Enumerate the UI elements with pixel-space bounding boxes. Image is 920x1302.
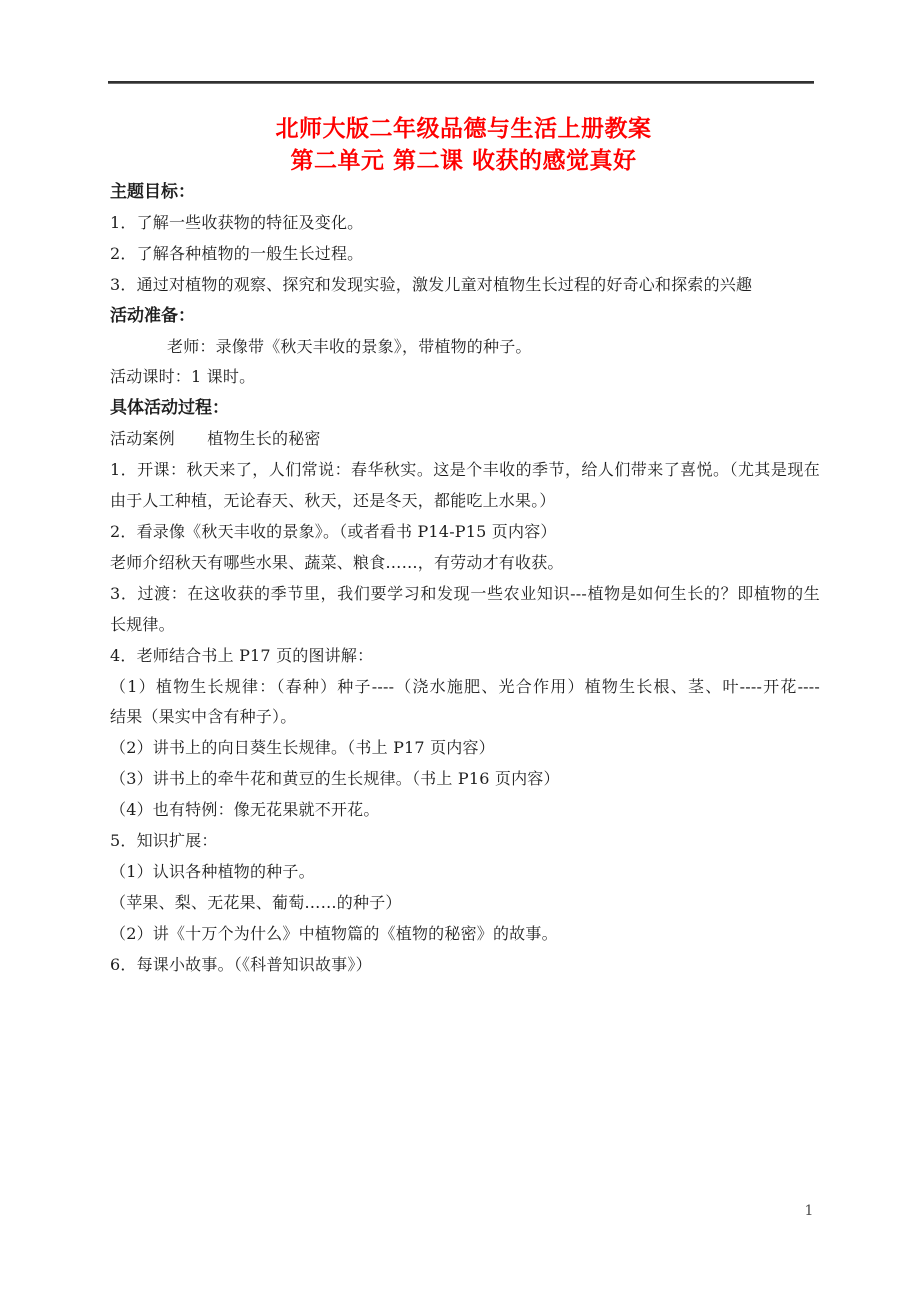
text-line: 3．过渡：在这收获的季节里，我们要学习和发现一些农业知识---植物是如何生长的？…	[110, 579, 820, 610]
section-heading: 具体活动过程：	[110, 393, 820, 424]
text-line: 4．老师结合书上 P17 页的图讲解：	[110, 641, 820, 672]
document-body: 主题目标：1．了解一些收获物的特征及变化。2．了解各种植物的一般生长过程。3．通…	[110, 177, 820, 981]
section-heading: 主题目标：	[110, 177, 820, 208]
text-line: （2）讲《十万个为什么》中植物篇的《植物的秘密》的故事。	[110, 919, 820, 950]
text-line: 5．知识扩展：	[110, 826, 820, 857]
section-heading: 活动准备：	[110, 301, 820, 332]
text-line: （1）认识各种植物的种子。	[110, 857, 820, 888]
text-line: 2．了解各种植物的一般生长过程。	[110, 239, 820, 270]
header-rule	[108, 81, 814, 84]
page-number: 1	[799, 1203, 819, 1219]
text-line: （4）也有特例：像无花果就不开花。	[110, 795, 820, 826]
doc-title-line1: 北师大版二年级品德与生活上册教案	[110, 113, 817, 145]
text-line: 6．每课小故事。（《科普知识故事》）	[110, 950, 820, 981]
document-page: 北师大版二年级品德与生活上册教案 第二单元 第二课 收获的感觉真好 主题目标：1…	[0, 0, 920, 1302]
text-line: 老师：录像带《秋天丰收的景象》，带植物的种子。	[110, 332, 820, 363]
text-line: 1．开课：秋天来了，人们常说：春华秋实。这是个丰收的季节，给人们带来了喜悦。（尤…	[110, 455, 820, 486]
text-line: 结果（果实中含有种子）。	[110, 702, 820, 733]
text-line: （苹果、梨、无花果、葡萄……的种子）	[110, 888, 820, 919]
doc-titles: 北师大版二年级品德与生活上册教案 第二单元 第二课 收获的感觉真好	[110, 113, 817, 177]
text-line: 长规律。	[110, 610, 820, 641]
text-line: （2）讲书上的向日葵生长规律。（书上 P17 页内容）	[110, 733, 820, 764]
doc-title-line2: 第二单元 第二课 收获的感觉真好	[110, 145, 817, 177]
text-line: 由于人工种植，无论春天、秋天，还是冬天，都能吃上水果。）	[110, 486, 820, 517]
text-line: 活动课时：1 课时。	[110, 362, 820, 393]
text-line: 3．通过对植物的观察、探究和发现实验，激发儿童对植物生长过程的好奇心和探索的兴趣	[110, 270, 820, 301]
text-line: （1）植物生长规律：（春种）种子----（浇水施肥、光合作用）植物生长根、茎、叶…	[110, 672, 820, 703]
text-line: 老师介绍秋天有哪些水果、蔬菜、粮食……，有劳动才有收获。	[110, 548, 820, 579]
text-line: 1．了解一些收获物的特征及变化。	[110, 208, 820, 239]
text-line: 2．看录像《秋天丰收的景象》。（或者看书 P14-P15 页内容）	[110, 517, 820, 548]
text-line: 活动案例 植物生长的秘密	[110, 424, 820, 455]
text-line: （3）讲书上的牵牛花和黄豆的生长规律。（书上 P16 页内容）	[110, 764, 820, 795]
